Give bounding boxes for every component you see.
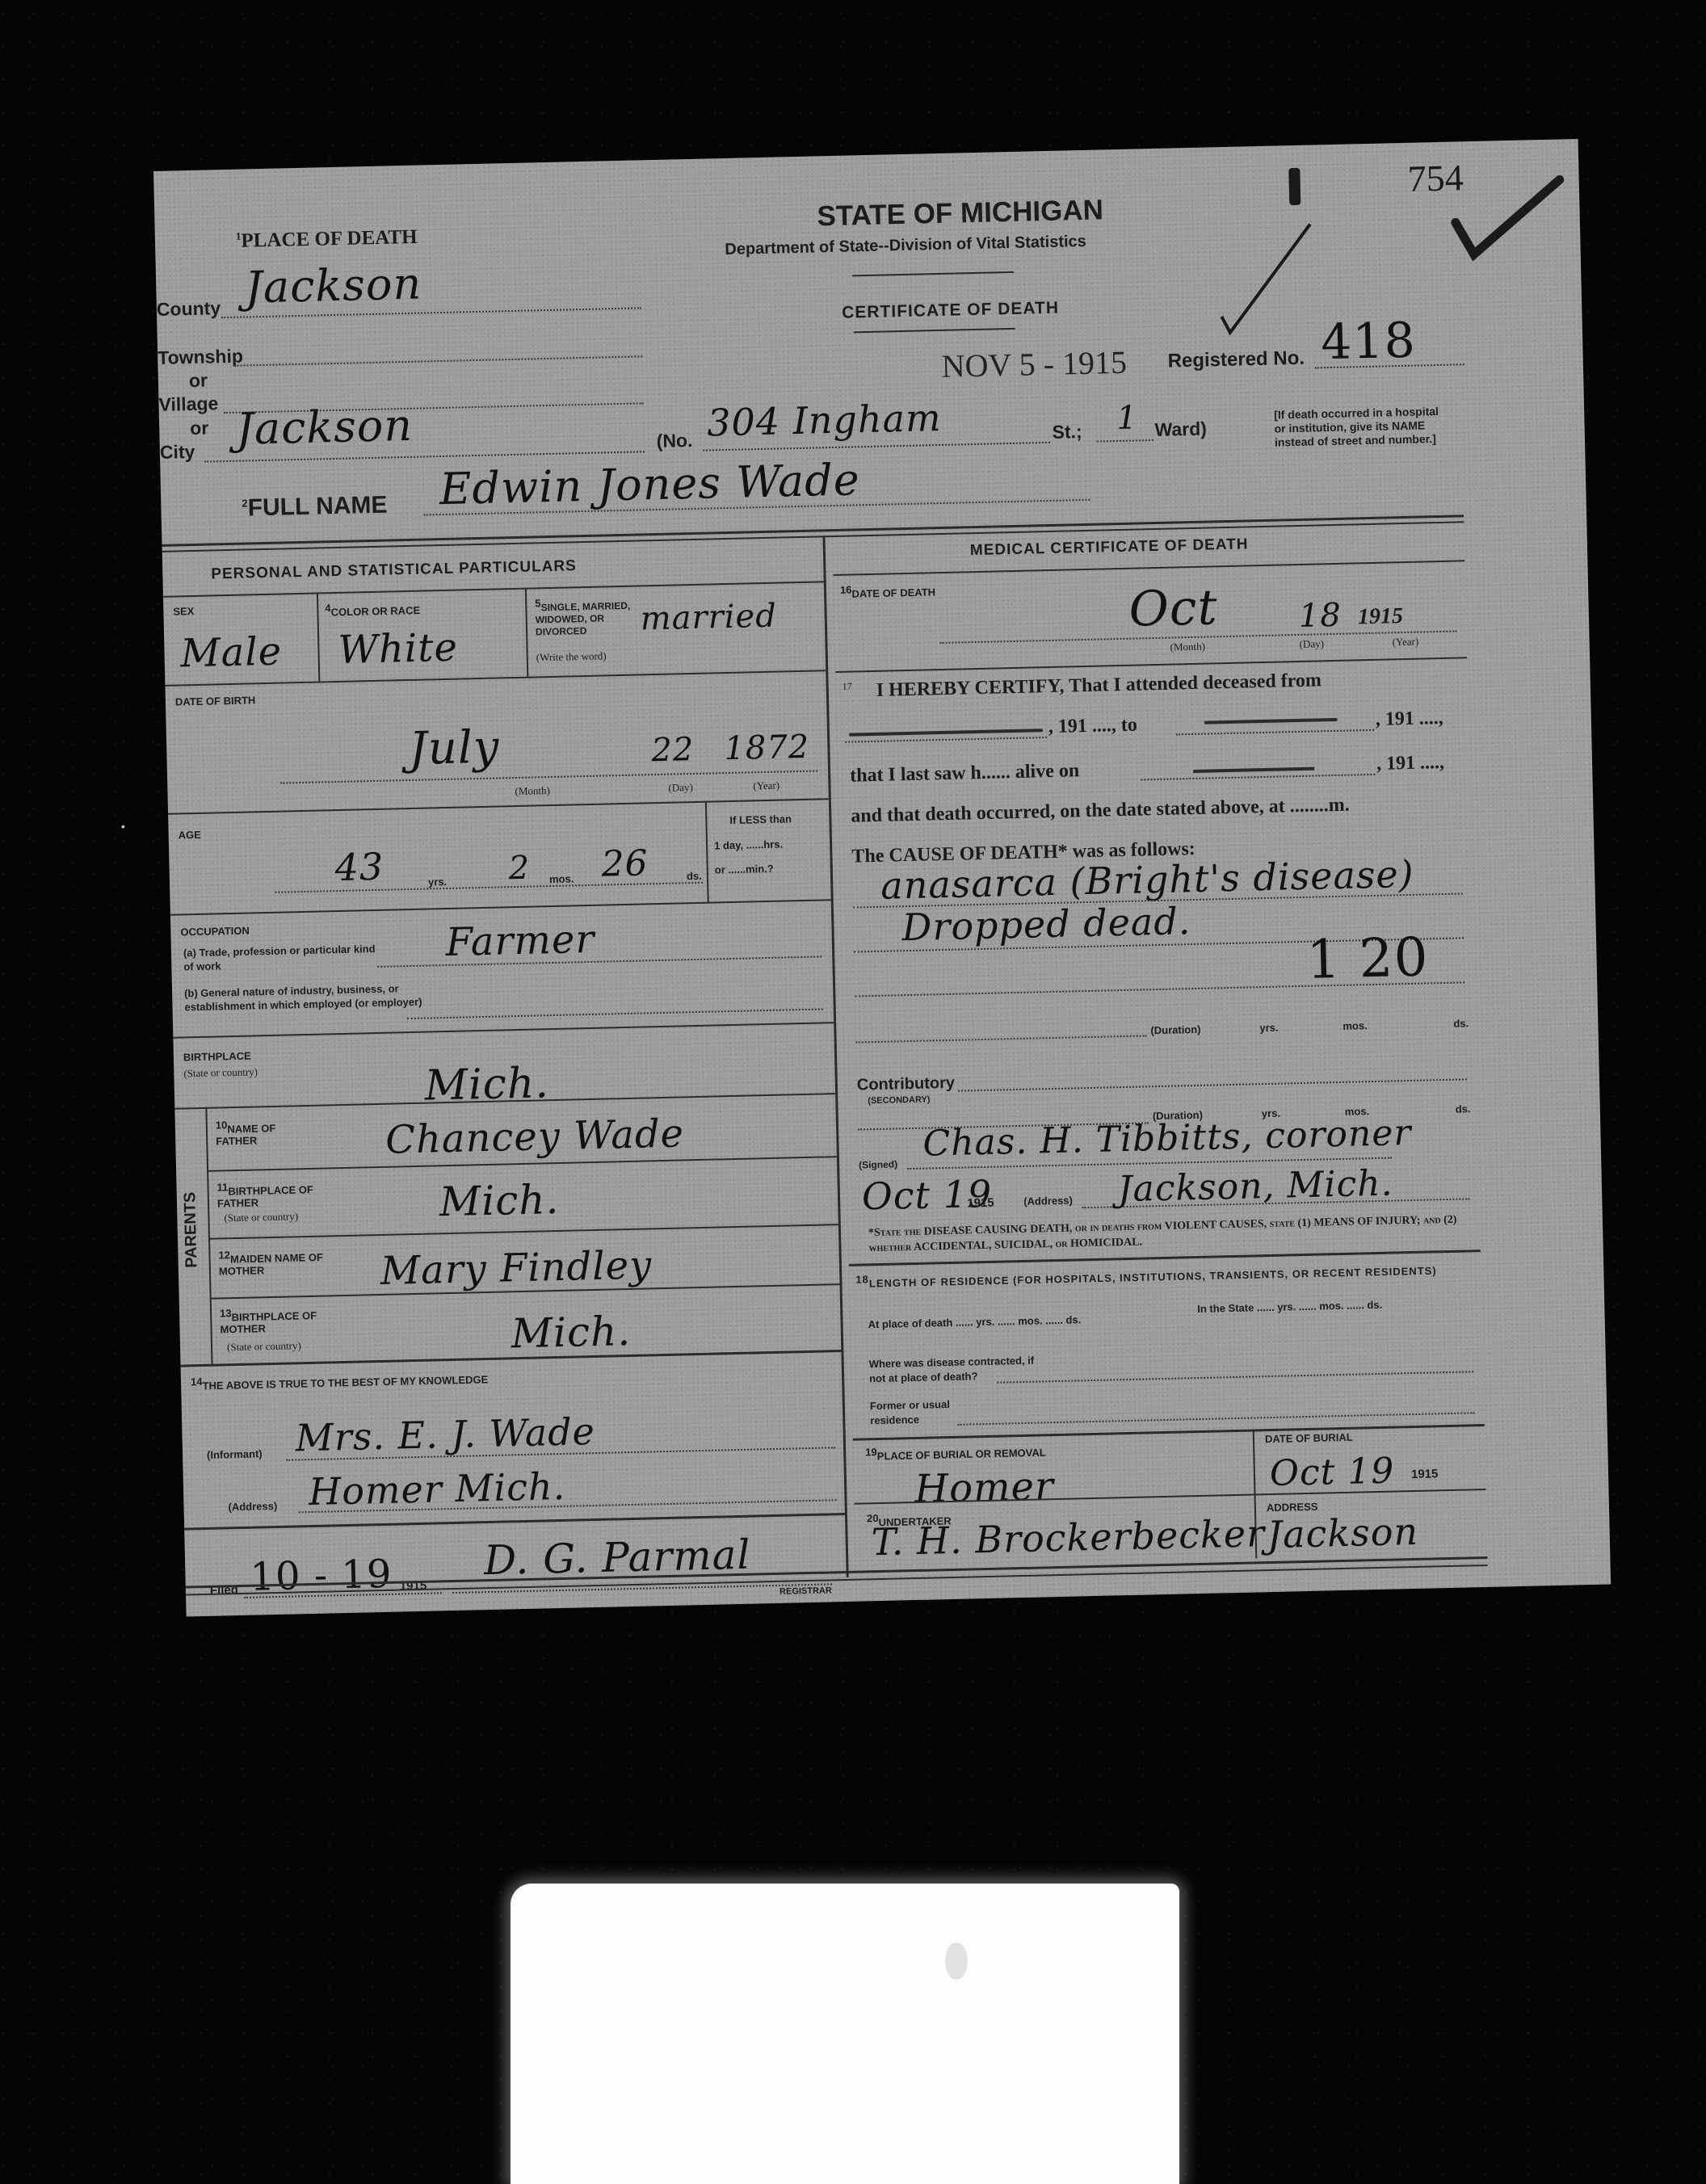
footnote: *State the DISEASE CAUSING DEATH, or in … bbox=[868, 1212, 1475, 1256]
personal-heading: PERSONAL AND STATISTICAL PARTICULARS bbox=[211, 557, 577, 583]
parents-side-label: PARENTS bbox=[181, 1191, 201, 1268]
contributory-label: Contributory bbox=[857, 1074, 956, 1095]
dob-day: 22 bbox=[651, 731, 695, 769]
in-state-label: In the State ...... yrs. ...... mos. ...… bbox=[1197, 1296, 1472, 1315]
death-year: 1915 bbox=[1358, 603, 1404, 630]
signed-by: Chas. H. Tibbitts, coroner bbox=[922, 1112, 1412, 1165]
certify-text: I HEREBY CERTIFY, That I attended deceas… bbox=[876, 670, 1322, 701]
informant-value: Mrs. E. J. Wade bbox=[295, 1409, 595, 1459]
marital-label: 5SINGLE, MARRIED, WIDOWED, OR DIVORCED bbox=[535, 594, 641, 638]
sex-label: SEX bbox=[173, 605, 194, 618]
informant-heading: 14THE ABOVE IS TRUE TO THE BEST OF MY KN… bbox=[191, 1369, 489, 1392]
form-title: CERTIFICATE OF DEATH bbox=[842, 299, 1059, 323]
checkmark-icon bbox=[1213, 217, 1321, 341]
last-saw-text: that I last saw h...... alive on bbox=[850, 760, 1080, 787]
dob-year: 1872 bbox=[724, 729, 810, 767]
mother-birthplace-label: 13BIRTHPLACE OF MOTHER bbox=[220, 1305, 326, 1336]
signed-address: Jackson, Mich. bbox=[1117, 1163, 1393, 1211]
checkmark-icon bbox=[1446, 171, 1569, 262]
death-month: Oct bbox=[1128, 579, 1218, 637]
medical-heading: MEDICAL CERTIFICATE OF DEATH bbox=[970, 535, 1249, 560]
death-day: 18 bbox=[1298, 597, 1342, 635]
age-months: 2 bbox=[508, 850, 530, 888]
marital-value: married bbox=[640, 598, 777, 638]
age-label: AGE bbox=[178, 829, 201, 842]
sex-value: Male bbox=[180, 629, 283, 677]
race-label: 4COLOR OR RACE bbox=[325, 600, 420, 619]
mother-birthplace-value: Mich. bbox=[511, 1308, 632, 1357]
dob-label: DATE OF BIRTH bbox=[175, 694, 256, 708]
marital-hint: (Write the word) bbox=[536, 649, 607, 664]
father-birthplace-value: Mich. bbox=[439, 1176, 560, 1225]
mother-name-label: 12MAIDEN NAME OF MOTHER bbox=[218, 1247, 324, 1278]
duration-value: 1 20 bbox=[1306, 926, 1430, 990]
film-stain bbox=[945, 1942, 968, 1980]
mother-name-value: Mary Findley bbox=[380, 1242, 652, 1294]
informant-address-value: Homer Mich. bbox=[309, 1464, 566, 1514]
undertaker-address-value: Jackson bbox=[1267, 1510, 1419, 1556]
undertaker-value: T. H. Brockerbecker bbox=[871, 1511, 1265, 1564]
cause-line-2: Dropped dead. bbox=[901, 899, 1191, 949]
burial-date-label: DATE OF BURIAL bbox=[1265, 1431, 1353, 1445]
burial-year: 1915 bbox=[1411, 1467, 1439, 1481]
blank-white-card bbox=[511, 1884, 1179, 2184]
city-label: City bbox=[160, 441, 195, 464]
county-label: County bbox=[157, 297, 221, 321]
ward-label: Ward) bbox=[1154, 418, 1207, 441]
registered-no-value: 418 bbox=[1320, 313, 1416, 372]
hospital-note: [If death occurred in a hospital or inst… bbox=[1274, 405, 1452, 450]
state-title: STATE OF MICHIGAN bbox=[817, 194, 1103, 233]
full-name-value: Edwin Jones Wade bbox=[439, 454, 860, 514]
secondary-label: (SECONDARY) bbox=[868, 1094, 930, 1106]
signed-label: (Signed) bbox=[859, 1158, 897, 1170]
ward-value: 1 bbox=[1116, 399, 1138, 437]
full-name-label: 2FULL NAME bbox=[242, 492, 388, 523]
birthplace-label: BIRTHPLACE bbox=[183, 1050, 251, 1064]
township-label: Township bbox=[158, 346, 243, 369]
death-occurred-text: and that death occurred, on the date sta… bbox=[851, 795, 1350, 828]
department-title: Department of State--Division of Vital S… bbox=[725, 233, 1086, 259]
signed-date: Oct 19 bbox=[861, 1172, 992, 1219]
registered-no-label: Registered No. bbox=[1167, 347, 1305, 373]
registrar-label: REGISTRAR bbox=[779, 1585, 832, 1596]
race-value: White bbox=[338, 625, 459, 673]
signed-year: 1915 bbox=[967, 1196, 994, 1211]
street-value: 304 Ingham bbox=[707, 396, 942, 445]
age-days: 26 bbox=[601, 842, 649, 884]
age-years: 43 bbox=[334, 845, 384, 889]
burial-date-value: Oct 19 bbox=[1269, 1451, 1394, 1494]
father-name-value: Chancey Wade bbox=[385, 1111, 685, 1162]
village-label: Village bbox=[158, 393, 218, 416]
father-name-label: 10NAME OF FATHER bbox=[216, 1117, 305, 1148]
occupation-label: OCCUPATION bbox=[180, 925, 250, 939]
film-speck: • bbox=[121, 820, 125, 833]
former-residence-label: Former or usual residence bbox=[870, 1397, 960, 1428]
informant-address-label: (Address) bbox=[228, 1500, 277, 1513]
occupation-value: Farmer bbox=[445, 917, 595, 965]
informant-label: (Informant) bbox=[207, 1447, 263, 1461]
city-value: Jackson bbox=[236, 400, 414, 455]
received-stamp: NOV 5 - 1915 bbox=[941, 343, 1127, 385]
place-of-death-heading: 1PLACE OF DEATH bbox=[236, 226, 418, 253]
date-of-death-label: 16DATE OF DEATH bbox=[840, 582, 935, 600]
ink-blot bbox=[1288, 168, 1301, 205]
burial-place-label: 19PLACE OF BURIAL OR REMOVAL bbox=[865, 1442, 1046, 1462]
burial-place-value: Homer bbox=[914, 1464, 1055, 1512]
street-no-label: (No. bbox=[656, 430, 692, 452]
at-place-label: At place of death ...... yrs. ...... mos… bbox=[868, 1312, 1110, 1330]
death-certificate: 754 1PLACE OF DEATH County Jackson Towns… bbox=[153, 139, 1611, 1617]
duration-label: (Duration) bbox=[1150, 1023, 1200, 1036]
dob-month: July bbox=[409, 720, 501, 775]
father-birthplace-label: 11BIRTHPLACE OF FATHER bbox=[216, 1179, 314, 1210]
street-label: St.; bbox=[1052, 421, 1082, 443]
county-value: Jackson bbox=[245, 258, 422, 313]
